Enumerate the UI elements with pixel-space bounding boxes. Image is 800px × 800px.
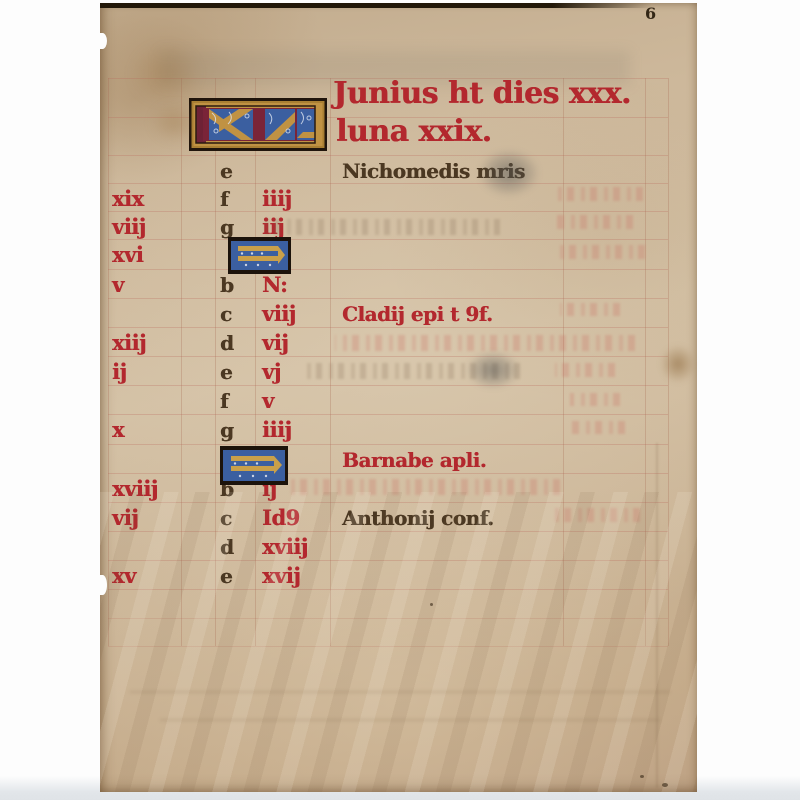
ink-speck <box>662 783 668 787</box>
ink-speck <box>640 775 644 778</box>
dominical-letter: e <box>220 359 232 385</box>
ink-showthrough <box>555 245 645 259</box>
ink-showthrough <box>335 335 635 351</box>
edge-notch <box>98 575 107 595</box>
dominical-letter: g <box>220 417 233 443</box>
day-count: v <box>262 388 274 414</box>
screenshot: { "document_type": "Book of Hours calend… <box>0 0 800 800</box>
fold-crease <box>130 691 670 693</box>
month-title: Junius ht dies xxx. <box>333 79 631 109</box>
dominical-letter: c <box>220 505 232 531</box>
ink-showthrough <box>555 508 640 522</box>
day-count: vij <box>262 330 288 356</box>
day-count: xvij <box>262 563 300 589</box>
day-count: iiij <box>262 417 292 443</box>
golden-number: x <box>112 417 124 443</box>
calendar-row: eNichomedis mris <box>100 158 697 186</box>
golden-number: xvi <box>112 242 143 268</box>
fold-crease <box>656 443 658 788</box>
dominical-letter: f <box>220 186 228 212</box>
golden-number: ij <box>112 359 127 385</box>
ruled-line-horizontal <box>108 155 668 156</box>
ink-showthrough <box>570 421 625 434</box>
day-count: Id9 <box>262 505 300 531</box>
feast-entry: Cladij epi t 9f. <box>342 301 493 327</box>
brown-stain <box>660 345 696 383</box>
golden-number: viij <box>112 214 146 240</box>
kl-illuminated-initial <box>189 98 327 151</box>
ink-showthrough <box>570 393 620 406</box>
water-stain <box>142 95 207 150</box>
ruled-line-horizontal <box>108 646 668 647</box>
golden-number: vij <box>112 505 138 531</box>
feast-entry: Barnabe apli. <box>342 447 486 473</box>
dominical-letter: f <box>220 388 228 414</box>
dominical-letter: b <box>220 272 233 298</box>
feast-entry: Anthonij conf. <box>342 505 493 531</box>
edge-notch <box>98 33 107 49</box>
ink-showthrough <box>555 187 643 201</box>
golden-number: v <box>112 272 124 298</box>
day-count: xviij <box>262 534 308 560</box>
dominical-letter: e <box>220 563 232 589</box>
leaf-top-edge <box>100 3 652 8</box>
ink-showthrough <box>560 303 620 316</box>
calendar-row: iijBarnabe apli. <box>100 447 697 475</box>
calendar-row: vbN: <box>100 272 697 300</box>
dominical-letter: c <box>220 301 232 327</box>
folio-number: 6 <box>645 4 656 23</box>
day-count: viij <box>262 301 296 327</box>
fold-crease <box>160 719 660 721</box>
day-count: vj <box>262 359 281 385</box>
ink-speck <box>430 603 433 606</box>
golden-number: xix <box>112 186 144 212</box>
dominical-letter: e <box>220 158 232 184</box>
day-count: N: <box>262 272 287 298</box>
dominical-letter: d <box>220 330 233 356</box>
golden-number: xv <box>112 563 136 589</box>
ink-showthrough <box>555 363 615 377</box>
illuminated-initial-a <box>228 237 291 274</box>
ruled-line-horizontal <box>108 618 668 619</box>
day-count: iiij <box>262 186 292 212</box>
manuscript-leaf: 6 Junius ht dies xxx. luna xxix. eNichom… <box>100 3 697 792</box>
lunar-line: luna xxix. <box>336 117 491 147</box>
ink-showthrough <box>260 219 500 235</box>
dominical-letter: d <box>220 534 233 560</box>
illuminated-initial-a <box>220 446 288 485</box>
calendar-row: xvexvij <box>100 563 697 591</box>
golden-number: xiij <box>112 330 146 356</box>
gray-smudge <box>478 149 540 197</box>
golden-number: xviij <box>112 476 158 502</box>
gray-smudge <box>466 351 520 389</box>
calendar-row: dxviij <box>100 534 697 562</box>
ink-showthrough <box>290 479 560 495</box>
ink-showthrough <box>555 215 633 229</box>
